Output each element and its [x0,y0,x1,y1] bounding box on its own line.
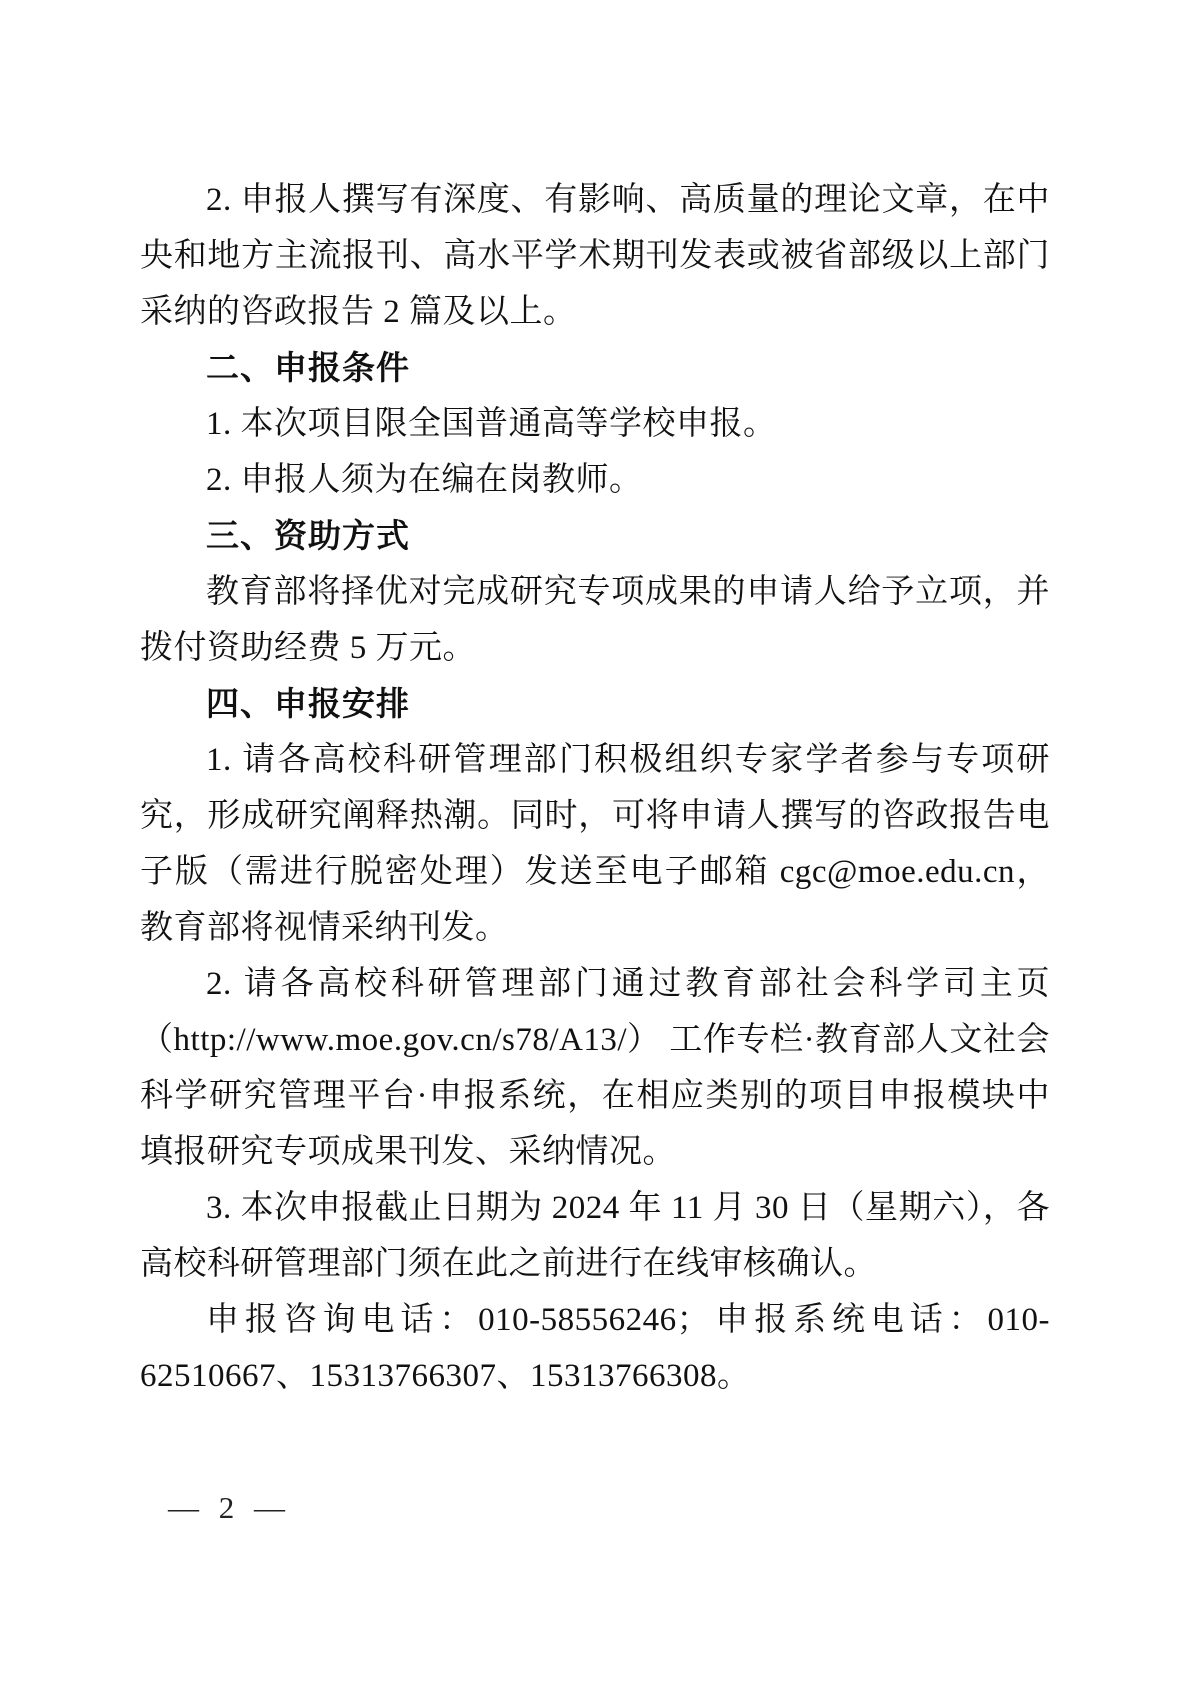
body-paragraph: 3. 本次申报截止日期为 2024 年 11 月 30 日（星期六），各高校科研… [140,1180,1050,1292]
body-paragraph: 2. 申报人须为在编在岗教师。 [140,452,1050,508]
body-paragraph: 教育部将择优对完成研究专项成果的申请人给予立项，并拨付资助经费 5 万元。 [140,564,1050,676]
body-paragraph: 1. 请各高校科研管理部门积极组织专家学者参与专项研究，形成研究阐释热潮。同时，… [140,732,1050,956]
body-paragraph: 2. 申报人撰写有深度、有影响、高质量的理论文章，在中央和地方主流报刊、高水平学… [140,172,1050,340]
section-heading: 四、申报安排 [140,676,1050,732]
document-page: 2. 申报人撰写有深度、有影响、高质量的理论文章，在中央和地方主流报刊、高水平学… [0,0,1190,1684]
page-number: — 2 — [168,1488,291,1528]
document-body: 2. 申报人撰写有深度、有影响、高质量的理论文章，在中央和地方主流报刊、高水平学… [140,172,1050,1404]
body-paragraph: 2. 请各高校科研管理部门通过教育部社会科学司主页（http://www.moe… [140,956,1050,1180]
section-heading: 二、申报条件 [140,340,1050,396]
body-paragraph: 1. 本次项目限全国普通高等学校申报。 [140,396,1050,452]
section-heading: 三、资助方式 [140,508,1050,564]
body-paragraph: 申报咨询电话：010-58556246；申报系统电话：010-62510667、… [140,1292,1050,1404]
